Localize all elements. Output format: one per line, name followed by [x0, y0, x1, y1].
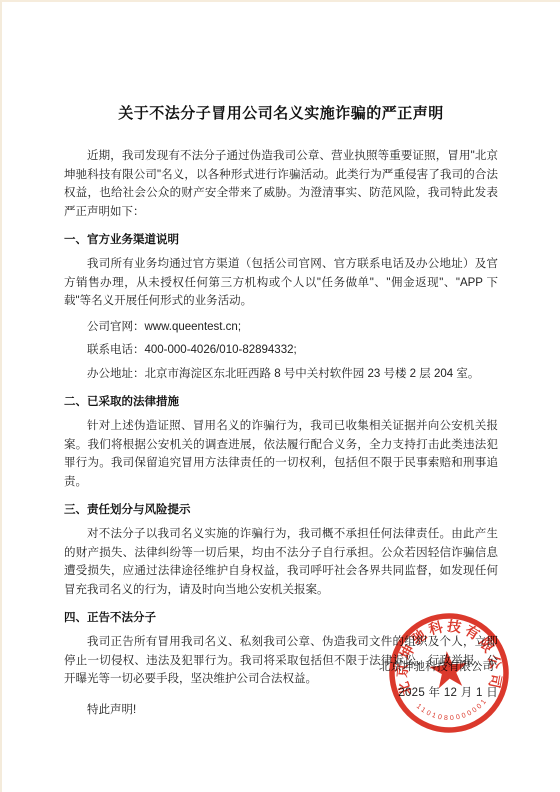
- detail-website: 公司官网：www.queentest.cn;: [87, 318, 498, 337]
- detail-address-value: 北京市海淀区东北旺西路 8 号中关村软件园 23 号楼 2 层 204 室。: [145, 368, 480, 380]
- intro-paragraph: 近期，我司发现有不法分子通过伪造我司公章、营业执照等重要证照，冒用"北京坤驰科技…: [64, 147, 498, 221]
- statement-document-page: 关于不法分子冒用公司名义实施诈骗的严正声明 近期，我司发现有不法分子通过伪造我司…: [0, 0, 560, 792]
- section-2-heading: 二、已采取的法律措施: [64, 393, 498, 409]
- star-icon: [428, 649, 470, 689]
- section-2-body: 针对上述伪造证照、冒用名义的诈骗行为，我司已收集相关证据并向公安机关报案。我们将…: [64, 417, 498, 491]
- detail-website-label: 公司官网：: [87, 321, 145, 333]
- section-1-body: 我司所有业务均通过官方渠道（包括公司官网、官方联系电话及办公地址）及官方销售办理…: [64, 255, 498, 311]
- document-title: 关于不法分子冒用公司名义实施诈骗的严正声明: [64, 102, 498, 123]
- detail-phone-label: 联系电话：: [87, 344, 145, 356]
- detail-address-label: 办公地址：: [87, 368, 145, 380]
- section-1-heading: 一、官方业务渠道说明: [64, 231, 498, 247]
- detail-phone: 联系电话：400-000-4026/010-82894332;: [87, 341, 498, 360]
- detail-phone-value: 400-000-4026/010-82894332;: [145, 344, 297, 356]
- detail-address: 办公地址：北京市海淀区东北旺西路 8 号中关村软件园 23 号楼 2 层 204…: [87, 365, 498, 384]
- company-seal-stamp: 北京坤驰科技有限公司 1101080000001: [367, 591, 532, 756]
- section-3-heading: 三、责任划分与风险提示: [64, 501, 498, 517]
- section-3-body: 对不法分子以我司名义实施的诈骗行为，我司概不承担任何法律责任。由此产生的财产损失…: [64, 525, 498, 599]
- detail-website-value: www.queentest.cn;: [145, 321, 242, 333]
